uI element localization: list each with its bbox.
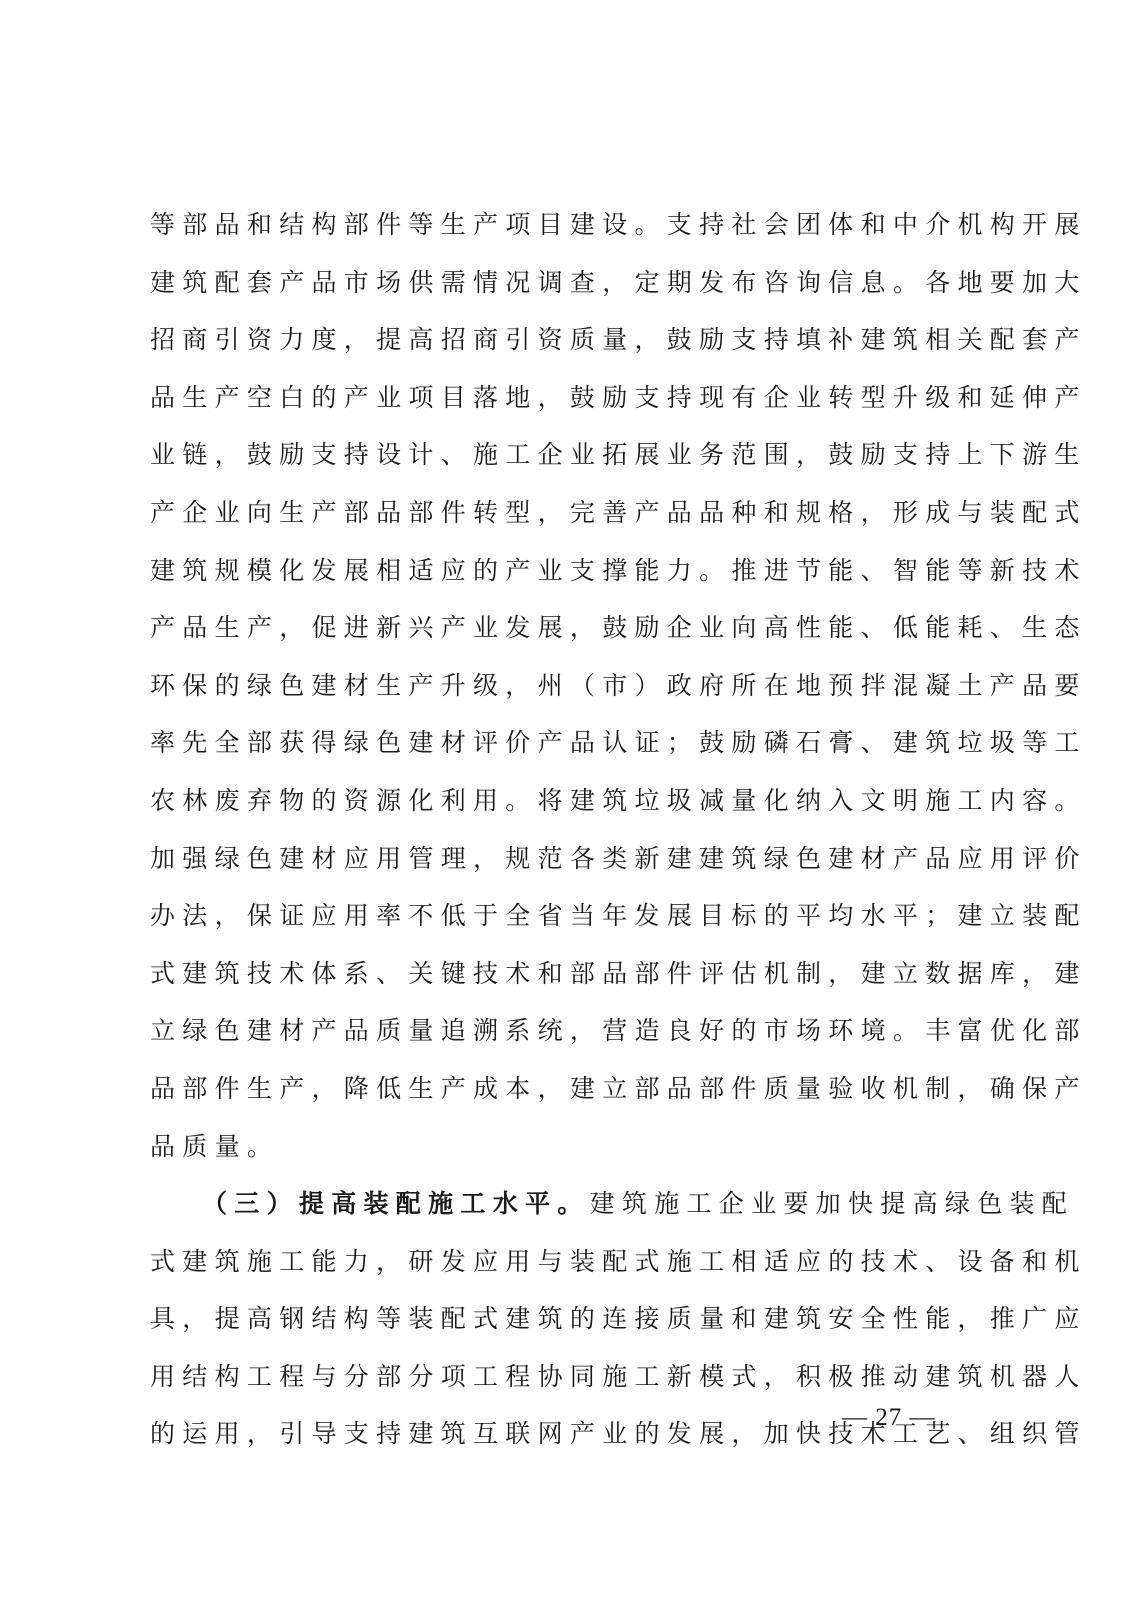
text-line: 品质量。 <box>150 1127 972 1185</box>
text-line: 品生产空白的产业项目落地，鼓励支持现有企业转型升级和延伸产 <box>150 378 972 436</box>
text-line: 产企业向生产部品部件转型，完善产品品种和规格，形成与装配式 <box>150 493 972 551</box>
text-line: 加强绿色建材应用管理，规范各类新建建筑绿色建材产品应用评价 <box>150 839 972 897</box>
text-run: 建筑施工企业要加快提高绿色装配 <box>590 1189 1075 1218</box>
section-heading: （三）提高装配施工水平。 <box>202 1189 590 1218</box>
paragraph-1: 等部品和结构部件等生产项目建设。支持社会团体和中介机构开展 建筑配套产品市场供需… <box>150 205 980 1184</box>
section-heading-line: （三）提高装配施工水平。建筑施工企业要加快提高绿色装配 <box>150 1184 972 1242</box>
text-line: 产品生产，促进新兴产业发展，鼓励企业向高性能、低能耗、生态 <box>150 608 972 666</box>
text-line: 建筑规模化发展相适应的产业支撑能力。推进节能、智能等新技术 <box>150 551 972 609</box>
page-number: — 27 — <box>842 1404 936 1432</box>
text-line: 式建筑技术体系、关键技术和部品部件评估机制，建立数据库，建 <box>150 954 972 1012</box>
text-line: 业链，鼓励支持设计、施工企业拓展业务范围，鼓励支持上下游生 <box>150 435 972 493</box>
text-line: 建筑配套产品市场供需情况调查，定期发布咨询信息。各地要加大 <box>150 263 972 321</box>
text-line: 具，提高钢结构等装配式建筑的连接质量和建筑安全性能，推广应 <box>150 1299 972 1357</box>
text-line: 招商引资力度，提高招商引资质量，鼓励支持填补建筑相关配套产 <box>150 320 972 378</box>
text-line: 式建筑施工能力，研发应用与装配式施工相适应的技术、设备和机 <box>150 1242 972 1300</box>
text-line: 等部品和结构部件等生产项目建设。支持社会团体和中介机构开展 <box>150 205 972 263</box>
text-line: 农林废弃物的资源化利用。将建筑垃圾减量化纳入文明施工内容。 <box>150 781 972 839</box>
text-line: 率先全部获得绿色建材评价产品认证；鼓励磷石膏、建筑垃圾等工 <box>150 723 972 781</box>
document-page-body: 等部品和结构部件等生产项目建设。支持社会团体和中介机构开展 建筑配套产品市场供需… <box>150 205 980 1472</box>
text-line: 品部件生产，降低生产成本，建立部品部件质量验收机制，确保产 <box>150 1069 972 1127</box>
text-line: 办法，保证应用率不低于全省当年发展目标的平均水平；建立装配 <box>150 896 972 954</box>
text-line: 立绿色建材产品质量追溯系统，营造良好的市场环境。丰富优化部 <box>150 1011 972 1069</box>
text-line: 环保的绿色建材生产升级，州（市）政府所在地预拌混凝土产品要 <box>150 666 972 724</box>
